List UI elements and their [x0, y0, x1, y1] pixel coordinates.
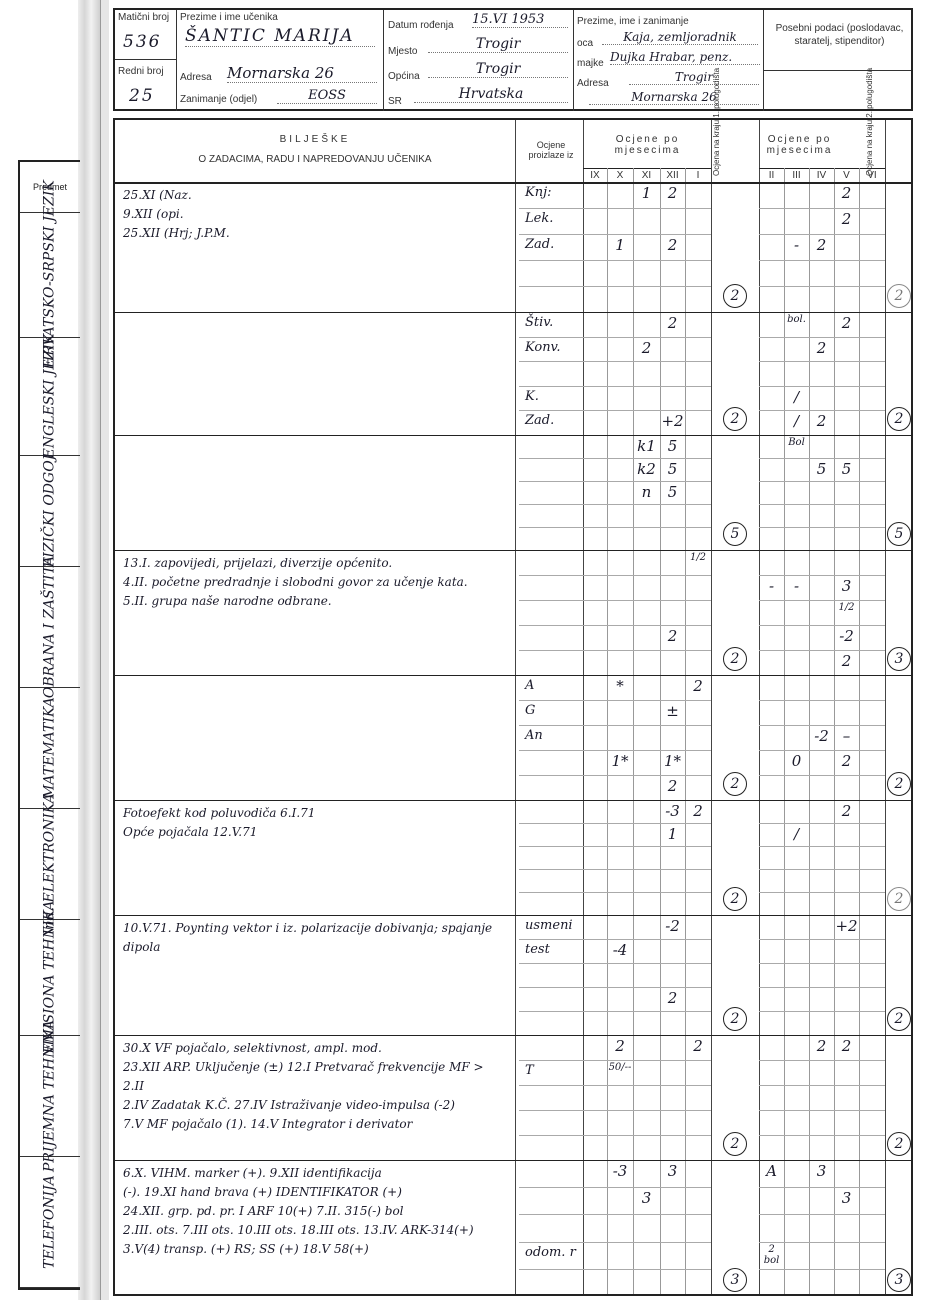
- section-divider: [115, 182, 911, 184]
- ime-value: ŠANTIC MARIJA: [185, 26, 375, 47]
- subject-column: Predmet HRVATSKO-SRPSKI JEZIKENGLESKI JE…: [18, 160, 80, 1290]
- note-line: 13.I. zapovijedi, prijelazi, diverzije o…: [123, 554, 508, 573]
- sr-value: Hrvatska: [414, 86, 568, 103]
- adresa-label: Adresa: [180, 72, 212, 83]
- grade-cell: 1*: [660, 752, 685, 770]
- row-line: [759, 775, 885, 776]
- row-line: [759, 1242, 885, 1243]
- row-line: [759, 575, 885, 576]
- month-header-X: X: [607, 170, 633, 181]
- final-grade-1: 3: [723, 1268, 747, 1292]
- row-line: [519, 234, 711, 235]
- grade-cell: 2: [633, 339, 660, 357]
- datum-value: 15.VI 1953: [472, 12, 568, 28]
- grade-cell: 2: [660, 777, 685, 795]
- grade-source: A: [525, 678, 534, 693]
- row-line: [759, 1214, 885, 1215]
- row-line: [519, 504, 711, 505]
- adresa-value: Mornarska 26: [227, 64, 377, 83]
- grade-cell: n: [633, 483, 660, 501]
- opcina-label: Općina: [388, 71, 420, 82]
- final-grade-1: 5: [723, 522, 747, 546]
- grade-cell: /: [784, 388, 809, 406]
- section-divider: [115, 675, 911, 676]
- kraj-1-header: Ocjena na kraju 1. polugodišta: [712, 124, 721, 176]
- note-line: 25.XI (Naz.: [123, 186, 508, 205]
- row-line: [519, 410, 711, 411]
- redni-broj-label: Redni broj: [118, 66, 164, 77]
- row-line: [759, 1187, 885, 1188]
- row-line: [759, 286, 885, 287]
- grade-cell: 50/--: [607, 1062, 633, 1073]
- note-line: 4.II. početne predradnje i slobodni govo…: [123, 573, 508, 592]
- row-line: [519, 575, 711, 576]
- divider: [583, 120, 584, 1294]
- binding-strip: [78, 0, 100, 1300]
- grade-cell: 2: [660, 236, 685, 254]
- note-line: 2.II: [123, 1077, 508, 1096]
- divider: [885, 120, 886, 1294]
- grade-source: usmeni: [525, 918, 573, 933]
- month-header-I: I: [685, 170, 711, 181]
- ocjene-iz-header: Ocjene proizlaze iz: [519, 140, 583, 160]
- zanimanje-label: Zanimanje (odjel): [180, 94, 257, 105]
- subject-label-cell: MATEMATIKA: [20, 688, 80, 809]
- parents-cell: Prezime, ime i zanimanje oca Kaja, zemlj…: [574, 10, 764, 111]
- row-line: [759, 700, 885, 701]
- grade-cell: -2: [660, 917, 685, 935]
- grade-source: K.: [525, 389, 539, 404]
- grade-cell: 5: [660, 437, 685, 455]
- roditelji-adresa-2: Mornarska 26: [589, 90, 759, 105]
- month-header-III: III: [784, 170, 809, 181]
- row-line: [759, 458, 885, 459]
- subject-label-cell: FIZIČKI ODGOJ: [20, 456, 80, 567]
- row-line: [759, 725, 885, 726]
- final-grade-2: 3: [887, 647, 911, 671]
- grade-cell: 1*: [607, 752, 633, 770]
- row-line: [519, 1060, 711, 1061]
- row-line: [519, 1242, 711, 1243]
- row-line: [519, 775, 711, 776]
- row-line: [519, 869, 711, 870]
- grade-cell: 2: [834, 314, 859, 332]
- row-line: [759, 481, 885, 482]
- subject-name: TELEFONIJA: [43, 1175, 58, 1269]
- grade-cell: 3: [633, 1189, 660, 1207]
- final-grade-1: 2: [723, 1132, 747, 1156]
- section-divider: [115, 1160, 911, 1161]
- row-line: [519, 337, 711, 338]
- majke-label: majke: [577, 58, 604, 69]
- row-line: [759, 823, 885, 824]
- grade-cell: 2: [834, 652, 859, 670]
- note-line: 23.XII ARP. Uključenje (±) 12.I Pretvara…: [123, 1058, 508, 1077]
- subject-label-cell: PRIJEMNA TEHNIKA: [20, 1036, 80, 1157]
- grade-cell: 2: [685, 677, 711, 695]
- subject-label-cell: OBRANA I ZAŠTITA: [20, 567, 80, 688]
- roditelji-label: Prezime, ime i zanimanje: [577, 16, 689, 27]
- grade-cell: 2: [809, 1037, 834, 1055]
- final-grade-1: 2: [723, 1007, 747, 1031]
- grade-cell: /: [784, 412, 809, 430]
- month-header-IX: IX: [583, 170, 607, 181]
- grade-cell: 2: [685, 802, 711, 820]
- row-line: [519, 625, 711, 626]
- row-line: [759, 337, 885, 338]
- month-header-V: V: [834, 170, 859, 181]
- row-line: [759, 846, 885, 847]
- row-line: [519, 939, 711, 940]
- subject-name: OBRANA I ZAŠTITA: [43, 556, 58, 698]
- grade-cell: bol.: [784, 314, 809, 325]
- grade-source: An: [525, 728, 543, 743]
- note-line: 3.V(4) transp. (+) RS; SS (+) 18.V 58(+): [123, 1240, 508, 1259]
- row-line: [519, 260, 711, 261]
- grade-cell: 2 bol: [759, 1244, 784, 1266]
- subject-name: PRIJEMNA TEHNIKA: [43, 1020, 58, 1172]
- oca-label: oca: [577, 38, 593, 49]
- grade-cell: 2: [809, 412, 834, 430]
- grade-source: Zad.: [525, 413, 554, 428]
- birth-cell: Datum rođenja 15.VI 1953 Mjesto Trogir O…: [384, 10, 574, 111]
- grade-cell: -3: [607, 1162, 633, 1180]
- final-grade-2: 2: [887, 887, 911, 911]
- posebni-cell: Posebni podaci (poslodavac, staratelj, s…: [764, 10, 911, 71]
- grade-cell: 2: [660, 314, 685, 332]
- row-line: [759, 1110, 885, 1111]
- final-grade-1: 2: [723, 647, 747, 671]
- maticni-broj-value: 536: [123, 32, 161, 52]
- row-line: [519, 650, 711, 651]
- grade-cell: 3: [660, 1162, 685, 1180]
- row-line: [759, 1060, 885, 1061]
- row-line: [759, 869, 885, 870]
- grade-source: T: [525, 1063, 534, 1078]
- row-line: [519, 1135, 711, 1136]
- row-line: [759, 386, 885, 387]
- subject-label-cell: EMISIONA TEHNIKA: [20, 920, 80, 1036]
- note-line: 10.V.71. Poynting vektor i iz. polarizac…: [123, 919, 508, 957]
- row-line: [519, 481, 711, 482]
- row-line: [519, 846, 711, 847]
- zanimanje-value: EOSS: [277, 88, 377, 104]
- row-line: [759, 650, 885, 651]
- majke-value: Dujka Hrabar, penz.: [610, 50, 760, 65]
- grade-cell: 2: [660, 989, 685, 1007]
- row-line: [519, 386, 711, 387]
- datum-label: Datum rođenja: [388, 20, 454, 31]
- note-line: 2.IV Zadatak K.Č. 27.IV Istraživanje vid…: [123, 1096, 508, 1115]
- grade-cell: Bol: [784, 437, 809, 448]
- grade-cell: 3: [834, 1189, 859, 1207]
- grade-cell: 2: [834, 802, 859, 820]
- grade-cell: 2: [607, 1037, 633, 1055]
- note-line: 30.X VF pojačalo, selektivnost, ampl. mo…: [123, 1039, 508, 1058]
- final-grade-1: 2: [723, 407, 747, 431]
- grade-source: G: [525, 703, 535, 718]
- subject-label-cell: ENGLESKI JEZIK: [20, 338, 80, 457]
- row-line: [759, 1269, 885, 1270]
- grade-source: Knj:: [525, 185, 552, 200]
- grade-source: Konv.: [525, 340, 561, 355]
- ime-label: Prezime i ime učenika: [180, 12, 278, 23]
- grade-cell: 3: [834, 577, 859, 595]
- grade-cell: 1: [633, 184, 660, 202]
- grade-source: Zad.: [525, 237, 554, 252]
- grade-source: Lek.: [525, 211, 553, 226]
- row-line: [519, 987, 711, 988]
- row-line: [759, 361, 885, 362]
- final-grade-2: 2: [887, 1132, 911, 1156]
- maticni-broj-label: Matični broj: [118, 12, 169, 23]
- row-line: [519, 600, 711, 601]
- month-header-II: II: [759, 170, 784, 181]
- grade-cell: ±: [660, 702, 685, 720]
- grade-cell: *: [607, 677, 633, 695]
- note-line: 7.V MF pojačalo (1). 14.V Integrator i d…: [123, 1115, 508, 1134]
- row-line: [759, 527, 885, 528]
- row-line: [519, 286, 711, 287]
- divider: [759, 120, 760, 1294]
- row-line: [519, 1110, 711, 1111]
- month-header-XII: XII: [660, 170, 685, 181]
- subject-name: ENGLESKI JEZIK: [43, 334, 58, 459]
- grade-cell: A: [759, 1162, 784, 1180]
- grade-cell: 2: [685, 1037, 711, 1055]
- section-divider: [115, 1035, 911, 1036]
- roditelji-adresa-1: Trogir: [629, 70, 759, 85]
- row-line: [519, 1214, 711, 1215]
- mjesto-value: Trogir: [428, 36, 568, 53]
- grade-cell: -4: [607, 941, 633, 959]
- grade-cell: -2: [834, 627, 859, 645]
- grade-cell: 3: [809, 1162, 834, 1180]
- row-line: [519, 750, 711, 751]
- grade-cell: k2: [633, 460, 660, 478]
- grade-cell: -: [759, 577, 784, 595]
- subject-name: MATEMATIKA: [43, 697, 58, 799]
- grade-cell: -: [784, 577, 809, 595]
- row-line: [519, 1269, 711, 1270]
- ocjene-po-1-header: Ocjene po mjesecima: [585, 134, 710, 156]
- note-line: (-). 19.XI hand brava (+) IDENTIFIKATOR …: [123, 1183, 508, 1202]
- grade-cell: 1: [660, 825, 685, 843]
- final-grade-2: 2: [887, 284, 911, 308]
- student-header: Matični broj 536 Redni broj 25 Prezime i…: [113, 8, 913, 111]
- note-line: 9.XII (opi.: [123, 205, 508, 224]
- note-line: Opće pojačala 12.V.71: [123, 823, 508, 842]
- row-line: [519, 208, 711, 209]
- row-line: [759, 1085, 885, 1086]
- final-grade-1: 2: [723, 284, 747, 308]
- note-line: 24.XII. grp. pd. pr. I ARF 10(+) 7.II. 3…: [123, 1202, 508, 1221]
- sr-label: SR: [388, 96, 402, 107]
- grades-table: BILJEŠKE O ZADACIMA, RADU I NAPREDOVANJU…: [113, 118, 913, 1296]
- grade-cell: /: [784, 825, 809, 843]
- month-header-IV: IV: [809, 170, 834, 181]
- row-line: [759, 963, 885, 964]
- subject-label-cell: HRVATSKO-SRPSKI JEZIK: [20, 212, 80, 338]
- grade-cell: 1: [607, 236, 633, 254]
- final-grade-2: 3: [887, 1268, 911, 1292]
- subject-label-cell: TELEFONIJA: [20, 1157, 80, 1288]
- section-divider: [115, 800, 911, 801]
- grade-cell: 2: [809, 339, 834, 357]
- grade-source: test: [525, 942, 550, 957]
- divider: [583, 168, 711, 169]
- subject-name: FIZIČKI ODGOJ: [43, 455, 58, 568]
- grade-cell: 5: [809, 460, 834, 478]
- row-line: [519, 725, 711, 726]
- row-line: [759, 1011, 885, 1012]
- grade-cell: 2: [660, 627, 685, 645]
- row-line: [519, 963, 711, 964]
- row-line: [519, 823, 711, 824]
- divider: [759, 168, 885, 169]
- note-line: 25.XII (Hrj; J.P.M.: [123, 224, 508, 243]
- mjesto-label: Mjesto: [388, 46, 417, 57]
- maticni-broj-cell: Matični broj 536: [115, 10, 177, 60]
- grade-source: odom. r: [525, 1245, 576, 1260]
- grade-cell: +2: [660, 412, 685, 430]
- name-cell: Prezime i ime učenika ŠANTIC MARIJA Adre…: [177, 10, 384, 111]
- row-line: [759, 1135, 885, 1136]
- grade-cell: 1/2: [834, 602, 859, 613]
- grade-cell: 5: [660, 483, 685, 501]
- grade-cell: k1: [633, 437, 660, 455]
- month-header-VI: VI: [859, 170, 885, 181]
- oca-value: Kaja, zemljoradnik: [602, 30, 758, 45]
- section-divider: [115, 550, 911, 551]
- final-grade-2: 2: [887, 772, 911, 796]
- grade-cell: 5: [834, 460, 859, 478]
- row-line: [519, 892, 711, 893]
- row-line: [519, 458, 711, 459]
- ocjene-po-2-header: Ocjene po mjesecima: [737, 134, 862, 156]
- grade-cell: –: [834, 727, 859, 745]
- row-line: [759, 892, 885, 893]
- section-divider: [115, 312, 911, 313]
- grade-source: Štiv.: [525, 315, 553, 330]
- section-divider: [115, 915, 911, 916]
- final-grade-2: 5: [887, 522, 911, 546]
- grade-cell: -2: [809, 727, 834, 745]
- grade-cell: 5: [660, 460, 685, 478]
- grade-cell: 2: [809, 236, 834, 254]
- divider: [711, 120, 712, 1294]
- roditelji-adresa-label: Adresa: [577, 78, 609, 89]
- redni-broj-value: 25: [129, 86, 155, 106]
- row-line: [519, 1085, 711, 1086]
- row-line: [759, 625, 885, 626]
- grade-cell: 2: [834, 752, 859, 770]
- row-line: [759, 234, 885, 235]
- section-divider: [115, 435, 911, 436]
- opcina-value: Trogir: [428, 61, 568, 78]
- row-line: [519, 527, 711, 528]
- biljeske-title: BILJEŠKE: [115, 134, 515, 145]
- posebni-label: Posebni podaci (poslodavac, staratelj, s…: [772, 22, 907, 48]
- row-line: [519, 1187, 711, 1188]
- row-line: [759, 939, 885, 940]
- note-line: 6.X. VIHM. marker (+). 9.XII identifikac…: [123, 1164, 508, 1183]
- final-grade-1: 2: [723, 772, 747, 796]
- note-line: 5.II. grupa naše narodne odbrane.: [123, 592, 508, 611]
- grade-cell: 1/2: [685, 552, 711, 563]
- final-grade-1: 2: [723, 887, 747, 911]
- row-line: [759, 410, 885, 411]
- row-line: [759, 260, 885, 261]
- biljeske-subtitle: O ZADACIMA, RADU I NAPREDOVANJU UČENIKA: [115, 154, 515, 165]
- grade-cell: +2: [834, 917, 859, 935]
- row-line: [759, 750, 885, 751]
- row-line: [519, 1011, 711, 1012]
- row-line: [759, 504, 885, 505]
- grade-cell: 2: [834, 210, 859, 228]
- grade-cell: -: [784, 236, 809, 254]
- binding-edge: [100, 0, 109, 1300]
- grade-cell: 2: [834, 184, 859, 202]
- redni-broj-cell: Redni broj 25: [115, 60, 177, 111]
- row-line: [759, 600, 885, 601]
- divider: [515, 120, 516, 1294]
- row-line: [759, 208, 885, 209]
- grade-cell: -3: [660, 802, 685, 820]
- note-line: Fotoefekt kod poluvodiča 6.I.71: [123, 804, 508, 823]
- row-line: [759, 987, 885, 988]
- grade-cell: 0: [784, 752, 809, 770]
- note-line: 2.III. ots. 7.III ots. 10.III ots. 18.II…: [123, 1221, 508, 1240]
- grade-cell: 2: [660, 184, 685, 202]
- final-grade-2: 2: [887, 407, 911, 431]
- row-line: [519, 361, 711, 362]
- month-header-XI: XI: [633, 170, 660, 181]
- grade-cell: 2: [834, 1037, 859, 1055]
- final-grade-2: 2: [887, 1007, 911, 1031]
- row-line: [519, 700, 711, 701]
